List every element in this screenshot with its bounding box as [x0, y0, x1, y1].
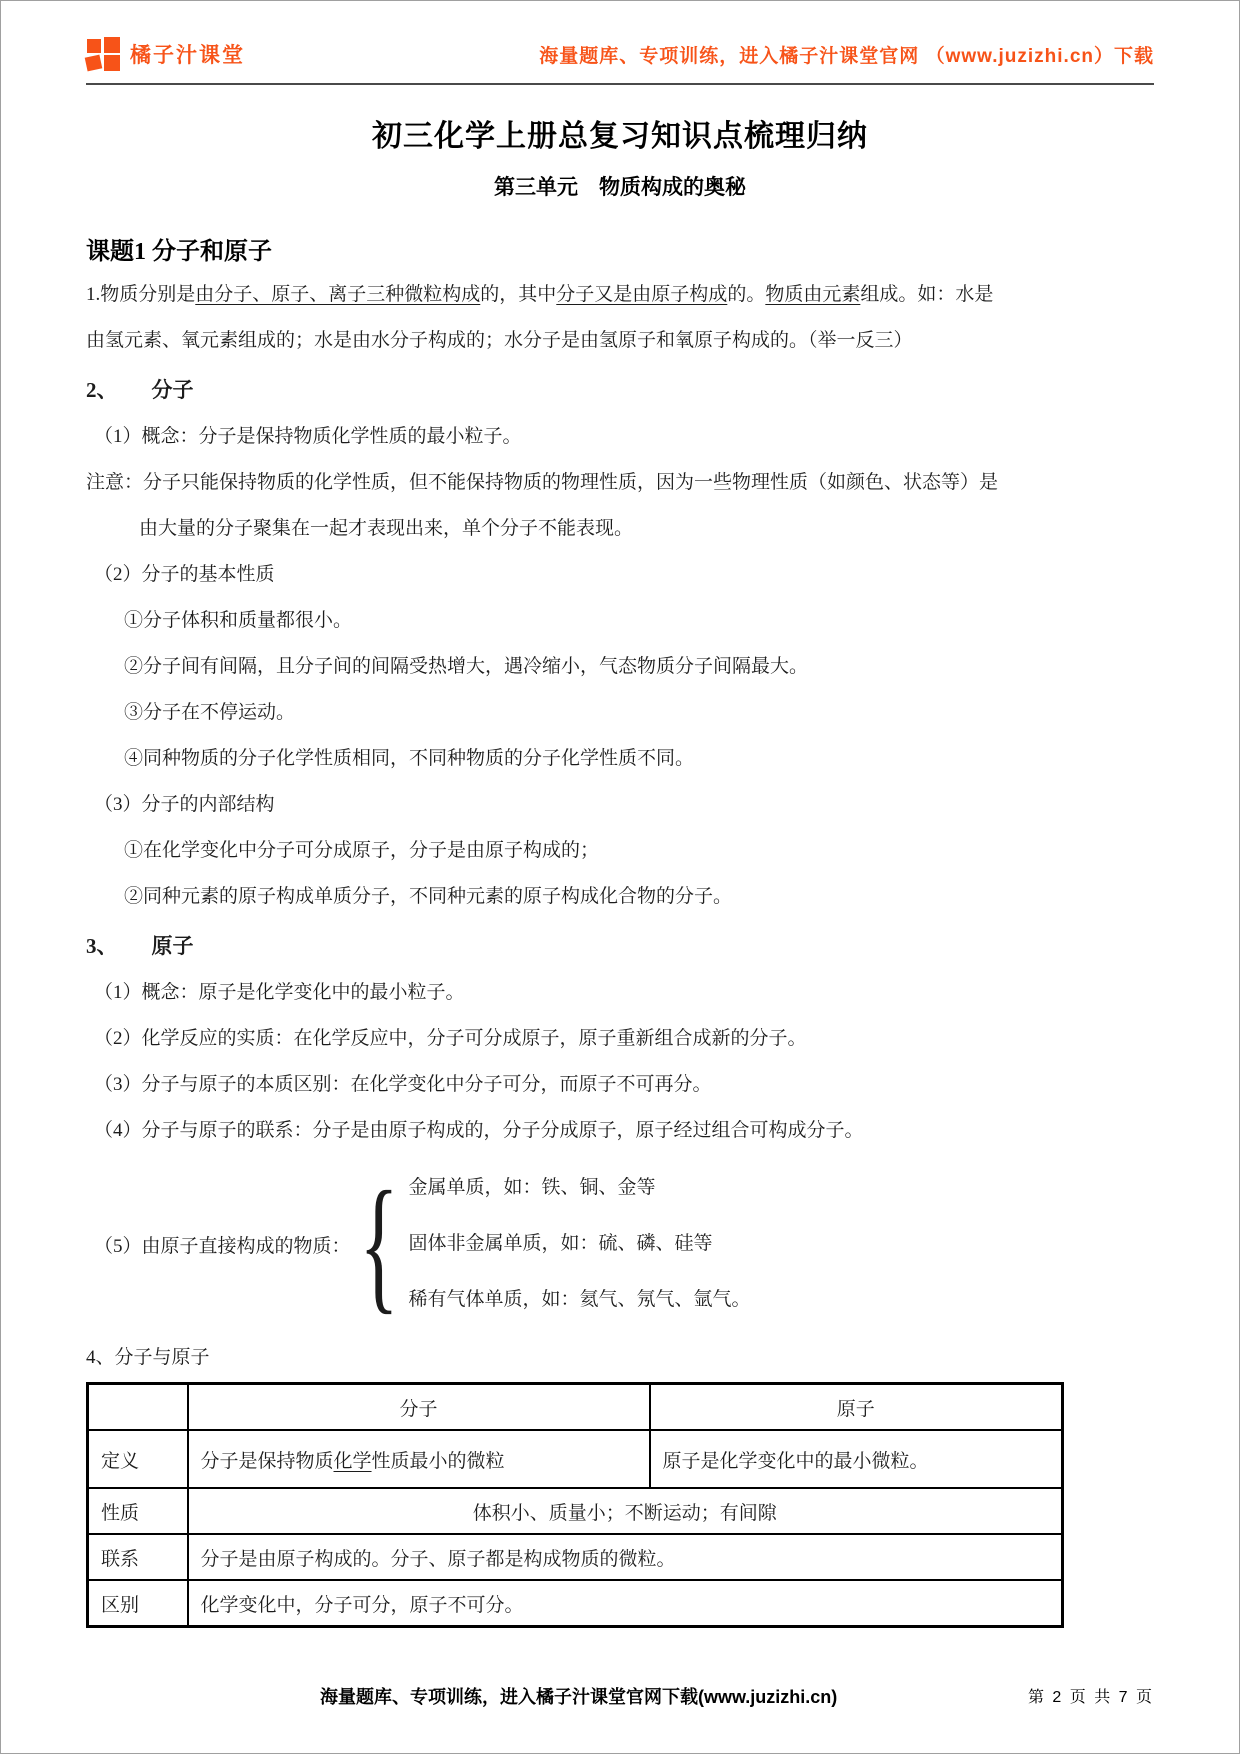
page-number-indicator: 第 2 页 共 7 页 [1028, 1684, 1154, 1707]
juzizhi-logo-icon [86, 36, 122, 72]
cell-underlined: 化学 [334, 1451, 372, 1472]
row-label: 联系 [88, 1534, 188, 1580]
sec2-note-line-1: 注意：分子只能保持物质的化学性质，但不能保持物质的物理性质，因为一些物理性质（如… [86, 460, 1154, 506]
atom-substance-noble-gas: 稀有气体单质，如：氦气、氖气、氩气。 [409, 1272, 751, 1328]
sec2-property-2: ②分子间有间隔，且分子间的间隔受热增大，遇冷缩小，气态物质分子间隔最大。 [86, 644, 1154, 690]
sec3-item-4: （4）分子与原子的联系：分子是由原子构成的，分子分成原子，原子经过组合可构成分子… [86, 1108, 1154, 1154]
paragraph-1-line-1: 1.物质分别是由分子、原子、离子三种微粒构成的，其中分子又是由原子构成的。物质由… [86, 272, 1154, 318]
section-2-title: 分子 [152, 378, 194, 402]
connection-cell: 分子是由原子构成的。分子、原子都是构成物质的微粒。 [188, 1534, 1063, 1580]
properties-cell: 体积小、质量小；不断运动；有间隙 [188, 1488, 1063, 1534]
sec2-property-1: ①分子体积和质量都很小。 [86, 598, 1154, 644]
header-slogan: 海量题库、专项训练，进入橘子汁课堂官网 （www.juzizhi.cn）下载 [539, 41, 1154, 68]
section-2-heading: 2、分子 [86, 366, 1154, 414]
sec3-item-1: （1）概念：原子是化学变化中的最小粒子。 [86, 970, 1154, 1016]
para1-underlined: 物质由元素 [765, 284, 860, 305]
sec2-property-3: ③分子在不停运动。 [86, 690, 1154, 736]
section-3-title: 原子 [152, 934, 194, 958]
brand-name: 橘子汁课堂 [130, 39, 245, 69]
sec2-item-1: （1）概念：分子是保持物质化学性质的最小粒子。 [86, 414, 1154, 460]
section-4-heading: 4、分子与原子 [86, 1338, 1154, 1378]
row-label: 定义 [88, 1430, 188, 1488]
section-2-number: 2、 [86, 378, 118, 402]
para1-text: 组成。如：水是 [860, 284, 993, 305]
sec3-item-3: （3）分子与原子的本质区别：在化学变化中分子可分，而原子不可再分。 [86, 1062, 1154, 1108]
document-title: 初三化学上册总复习知识点梳理归纳 [86, 111, 1154, 155]
sec2-item-3: （3）分子的内部结构 [86, 782, 1154, 828]
definition-molecule-cell: 分子是保持物质化学性质最小的微粒 [188, 1430, 650, 1488]
atom-substance-solid-nonmetal: 固体非金属单质，如：硫、磷、硅等 [409, 1216, 751, 1272]
sec2-note-line-2: 由大量的分子聚集在一起才表现出来，单个分子不能表现。 [86, 506, 1154, 552]
page-footer: 海量题库、专项训练，进入橘子汁课堂官网下载(www.juzizhi.cn) 第 … [86, 1683, 1154, 1713]
sec2-inner-1: ①在化学变化中分子可分成原子，分子是由原子构成的； [86, 828, 1154, 874]
atom-substance-metal: 金属单质，如：铁、铜、金等 [409, 1160, 751, 1216]
curly-brace-icon: { [359, 1164, 399, 1324]
sec3-item-5-label: （5）由原子直接构成的物质： [86, 1231, 351, 1258]
paragraph-1-line-2: 由氢元素、氧元素组成的；水是由水分子构成的；水分子是由氢原子和氧原子构成的。（举… [86, 318, 1154, 364]
sec3-item-2: （2）化学反应的实质：在化学反应中，分子可分成原子，原子重新组合成新的分子。 [86, 1016, 1154, 1062]
sec3-item-5: （5）由原子直接构成的物质： { 金属单质，如：铁、铜、金等 固体非金属单质，如… [86, 1160, 1154, 1328]
para1-underlined: 分子又是由原子构成 [556, 284, 727, 305]
sec2-item-2: （2）分子的基本性质 [86, 552, 1154, 598]
row-label: 区别 [88, 1580, 188, 1627]
para1-text: 1.物质分别是 [86, 284, 195, 305]
page-header: 橘子汁课堂 海量题库、专项训练，进入橘子汁课堂官网 （www.juzizhi.c… [86, 29, 1154, 85]
sec2-property-4: ④同种物质的分子化学性质相同，不同种物质的分子化学性质不同。 [86, 736, 1154, 782]
para1-underlined: 由分子、原子、离子三种微粒构成 [195, 284, 480, 305]
row-label: 性质 [88, 1488, 188, 1534]
para1-text: 的。 [727, 284, 765, 305]
table-row-connection: 联系 分子是由原子构成的。分子、原子都是构成物质的微粒。 [88, 1534, 1063, 1580]
section-3-heading: 3、原子 [86, 922, 1154, 970]
sec2-inner-2: ②同种元素的原子构成单质分子，不同种元素的原子构成化合物的分子。 [86, 874, 1154, 920]
unit-subtitle: 第三单元 物质构成的奥秘 [86, 171, 1154, 201]
para1-text: 的，其中 [480, 284, 556, 305]
lesson-heading: 课题1 分子和原子 [86, 231, 1154, 266]
molecule-atom-comparison-table: 分子 原子 定义 分子是保持物质化学性质最小的微粒 原子是化学变化中的最小微粒。… [86, 1382, 1064, 1628]
table-row-properties: 性质 体积小、质量小；不断运动；有间隙 [88, 1488, 1063, 1534]
table-header-molecule: 分子 [188, 1384, 650, 1431]
document-body: 初三化学上册总复习知识点梳理归纳 第三单元 物质构成的奥秘 课题1 分子和原子 … [86, 97, 1154, 1628]
footer-slogan: 海量题库、专项训练，进入橘子汁课堂官网下载(www.juzizhi.cn) [320, 1683, 837, 1709]
section-3-number: 3、 [86, 934, 118, 958]
difference-cell: 化学变化中，分子可分，原子不可分。 [188, 1580, 1063, 1627]
table-header-atom: 原子 [650, 1384, 1063, 1431]
brand: 橘子汁课堂 [86, 36, 245, 72]
table-header-row: 分子 原子 [88, 1384, 1063, 1431]
sec3-item-5-list: 金属单质，如：铁、铜、金等 固体非金属单质，如：硫、磷、硅等 稀有气体单质，如：… [409, 1160, 751, 1328]
cell-text: 分子是保持物质 [201, 1451, 334, 1472]
table-header-empty [88, 1384, 188, 1431]
cell-text: 性质最小的微粒 [372, 1451, 505, 1472]
document-page: 橘子汁课堂 海量题库、专项训练，进入橘子汁课堂官网 （www.juzizhi.c… [0, 0, 1240, 1754]
definition-atom-cell: 原子是化学变化中的最小微粒。 [650, 1430, 1063, 1488]
table-row-difference: 区别 化学变化中，分子可分，原子不可分。 [88, 1580, 1063, 1627]
table-row-definition: 定义 分子是保持物质化学性质最小的微粒 原子是化学变化中的最小微粒。 [88, 1430, 1063, 1488]
